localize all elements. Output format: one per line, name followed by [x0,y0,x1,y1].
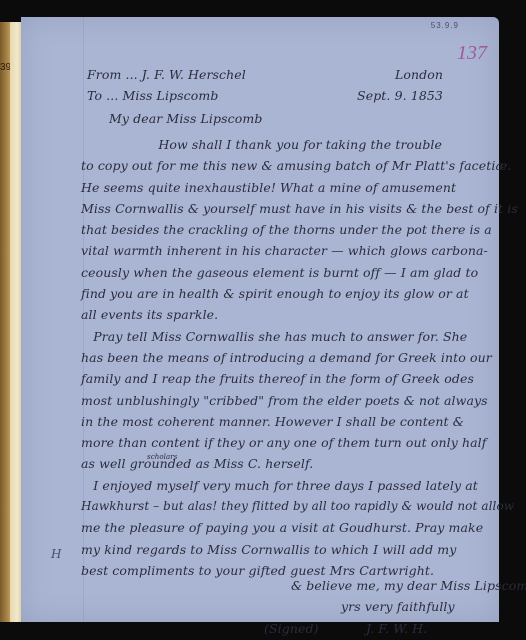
margin-note: H [51,547,62,561]
letter-place: London [395,67,443,82]
to-line: To ... Miss Lipscomb [87,88,218,103]
body-line: Hawkhurst – but alas! they flitted by al… [81,496,506,517]
body-line: in the most coherent manner. However I s… [81,411,506,432]
body-line: Pray tell Miss Cornwallis she has much t… [81,326,506,347]
interlinear-insert: scholars [147,447,177,468]
closing-line: & believe me, my dear Miss Lipscomb [291,578,526,593]
body-line: me the pleasure of paying you a visit at… [81,517,506,538]
body-line: I enjoyed myself very much for three day… [81,475,506,496]
salutation: My dear Miss Lipscomb [109,111,262,126]
letter-date: Sept. 9. 1853 [357,88,443,103]
body-line: family and I reap the fruits thereof in … [81,368,506,389]
body-line: Miss Cornwallis & yourself must have in … [81,198,506,219]
body-line-with-insert: as well grounded as Miss C. herself. sch… [81,453,506,474]
archive-reference: 53.9.9 [431,21,459,30]
body-line: more than content if they or any one of … [81,432,506,453]
body-line: to copy out for me this new & amusing ba… [81,155,506,176]
body-line: He seems quite inexhaustible! What a min… [81,177,506,198]
body-line: ceously when the gaseous element is burn… [81,262,506,283]
letter-body: How shall I thank you for taking the tro… [81,134,506,581]
body-line: has been the means of introducing a dema… [81,347,506,368]
signature: J. F. W. H. [366,621,427,636]
letter-page: 53.9.9 137 From ... J. F. W. Herschel To… [21,17,499,622]
body-line: vital warmth inherent in his character —… [81,240,506,261]
body-line-text: as well grounded as Miss C. herself. [81,456,313,471]
folio-number: 137 [457,42,487,65]
body-line: my kind regards to Miss Cornwallis to wh… [81,539,506,560]
body-line: How shall I thank you for taking the tro… [81,134,506,155]
body-line: find you are in health & spirit enough t… [81,283,506,304]
body-line: all events its sparkle. [81,304,506,325]
valediction: yrs very faithfully [341,599,455,614]
from-line: From ... J. F. W. Herschel [87,67,246,82]
body-line: that besides the crackling of the thorns… [81,219,506,240]
body-line: most unblushingly "cribbed" from the eld… [81,390,506,411]
signed-label: (Signed) [264,621,319,636]
